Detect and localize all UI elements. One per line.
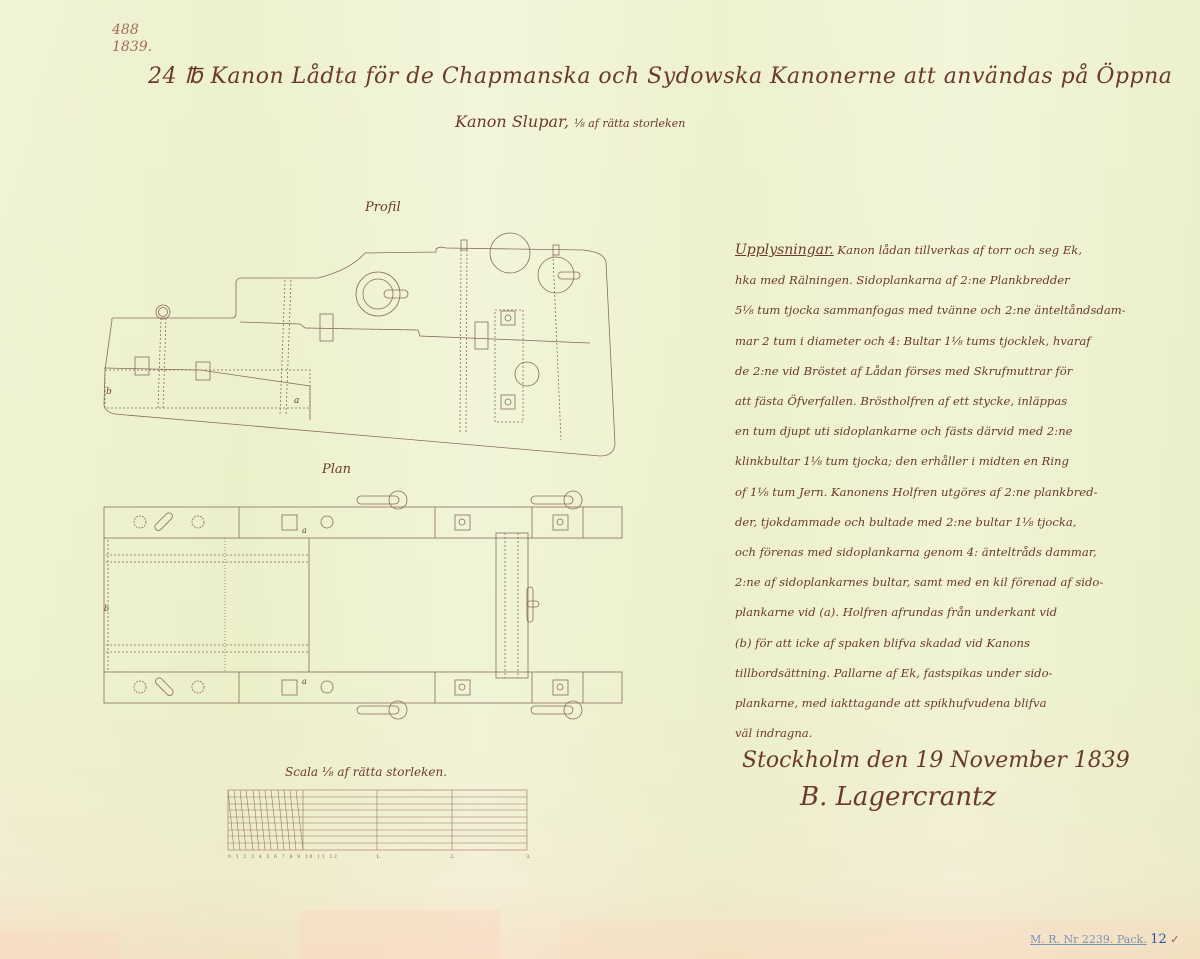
check-mark-icon: ✓ [1170, 933, 1179, 946]
notes-line: plankarne, med iakttagande att spikhufvu… [735, 688, 1125, 718]
plan-bottom-rail [104, 672, 622, 703]
scale-diagonal [259, 790, 265, 850]
plan-eye-bar [531, 706, 573, 714]
profile-bolt-dashed [280, 280, 285, 415]
scale-minor-ticks: 0 1 2 3 4 5 6 7 8 9 10 11 12 [228, 854, 339, 860]
notes-line: tillbordsättning. Pallarne af Ek, fastsp… [735, 658, 1125, 688]
plan-eye-bar [357, 496, 399, 504]
notes-line: of 1⅛ tum Jern. Kanonens Holfren utgöres… [735, 477, 1125, 507]
profile-bolt-dashed [553, 255, 561, 440]
plan-square-plate [455, 515, 470, 530]
notes-line: der, tjokdammade och bultade med 2:ne bu… [735, 507, 1125, 537]
plan-top-rail [104, 507, 622, 538]
plan-bolt [459, 684, 465, 690]
plan-eye-bar [357, 706, 399, 714]
plan-bolt [557, 519, 563, 525]
profile-block [320, 314, 333, 341]
plan-bolt-circle [321, 681, 333, 693]
plan-marker-a: a [302, 526, 307, 535]
profile-fitting-bolt [505, 399, 511, 405]
notes-line: (b) för att icke af spaken blifva skadad… [735, 628, 1125, 658]
notes-line: mar 2 tum i diameter och 4: Bultar 1⅛ tu… [735, 326, 1125, 356]
plan-transom [496, 533, 528, 678]
profile-marker-a: a [294, 396, 299, 406]
plan-bolt-circle [321, 516, 333, 528]
archive-pack-number: 12 [1150, 932, 1167, 947]
archive-reference: M. R. Nr 2239. Pack. [1030, 933, 1147, 946]
archive-footer: M. R. Nr 2239. Pack. 12 ✓ [1030, 932, 1179, 947]
scale-diagonal [296, 790, 303, 850]
scale-diagonal [240, 790, 246, 850]
scale-diagonal [234, 790, 240, 850]
profile-cap-pin [558, 272, 580, 279]
plan-square-plate [282, 680, 297, 695]
plan-eye [389, 701, 407, 719]
profile-small-circle [515, 362, 539, 386]
signature: B. Lagercrantz [800, 782, 996, 812]
plan-bolt-circle [192, 516, 204, 528]
plan-slot [153, 511, 174, 532]
notes-line-0: Upplysningar. Kanon lådan tillverkas af … [735, 235, 1125, 265]
notes-section: Upplysningar. Kanon lådan tillverkas af … [735, 235, 1125, 748]
scale-diagonal [290, 790, 296, 850]
plan-square-plate [282, 515, 297, 530]
notes-line: 5⅛ tum tjocka sammanfogas med tvänne och… [735, 295, 1125, 325]
notes-line: plankarne vid (a). Holfren afrundas från… [735, 597, 1125, 627]
profile-block [475, 322, 488, 349]
notes-line: att fästa Öfverfallen. Bröstholfren af e… [735, 386, 1125, 416]
profile-lower-beam-dashed [105, 370, 310, 408]
scale-diagonal [278, 790, 284, 850]
profile-square-fitting [501, 395, 515, 409]
plan-marker-a: a [302, 677, 307, 686]
plan-view [104, 491, 622, 719]
plan-bolt-circle [134, 681, 146, 693]
scale-major-tick: 3. [526, 854, 531, 860]
plan-eye-bar [531, 496, 573, 504]
place-date: Stockholm den 19 November 1839 [742, 748, 1130, 773]
profile-bolt-dashed [158, 318, 161, 410]
scale-major-tick: 2. [450, 854, 455, 860]
scale-diagonal [246, 790, 253, 850]
profile-marker-b: b [106, 387, 112, 397]
notes-line: väl indragna. [735, 718, 1125, 748]
notes-line: de 2:ne vid Bröstet af Lådan förses med … [735, 356, 1125, 386]
scale-diagonal [228, 790, 234, 850]
scale-diagonal [253, 790, 259, 850]
plan-marker-b: b [104, 604, 109, 613]
profile-bolt-dashed [286, 280, 291, 415]
profile-bolt-dashed [163, 318, 166, 410]
profile-cap-circle-2 [538, 257, 574, 293]
profile-bolt-dashed [466, 250, 467, 432]
profile-view [104, 233, 615, 456]
profile-square-fitting [501, 311, 515, 325]
plan-square-plate [553, 680, 568, 695]
profile-eyebolt-inner [159, 308, 168, 317]
notes-heading: Upplysningar. [735, 242, 834, 258]
notes-line: och förenas med sidoplankarna genom 4: ä… [735, 537, 1125, 567]
profile-cap-circle [490, 233, 530, 273]
notes-line: klinkbultar 1⅛ tum tjocka; den erhåller … [735, 446, 1125, 476]
notes-text: Kanon lådan tillverkas af torr och seg E… [837, 243, 1082, 257]
plan-square-plate [553, 515, 568, 530]
plan-bolt [459, 519, 465, 525]
profile-trunnion-pin [384, 290, 408, 298]
scale-diagonal [284, 790, 290, 850]
plan-bolt-circle [192, 681, 204, 693]
plan-slot [154, 676, 175, 697]
profile-plank-line [104, 368, 310, 420]
scale-diagonal [265, 790, 271, 850]
plan-bolt [557, 684, 563, 690]
scale-diagonal [271, 790, 278, 850]
plan-eye [389, 491, 407, 509]
plan-bolt-circle [134, 516, 146, 528]
scale-major-tick: 1. [376, 854, 381, 860]
scale-bar [228, 790, 527, 850]
profile-fitting-bolt [505, 315, 511, 321]
profile-trunnion-inner [363, 279, 393, 309]
notes-line: en tum djupt uti sidoplankarne och fästs… [735, 416, 1125, 446]
plan-square-plate [455, 680, 470, 695]
profile-block [135, 357, 149, 375]
notes-line: hka med Rälningen. Sidoplankarna af 2:ne… [735, 265, 1125, 295]
scale-frame [228, 790, 527, 850]
profile-step-line [240, 322, 590, 343]
scale-title: Scala ⅛ af rätta storleken. [285, 765, 447, 779]
notes-line: 2:ne af sidoplankarnes bultar, samt med … [735, 567, 1125, 597]
profile-bolt-dashed [460, 250, 461, 432]
